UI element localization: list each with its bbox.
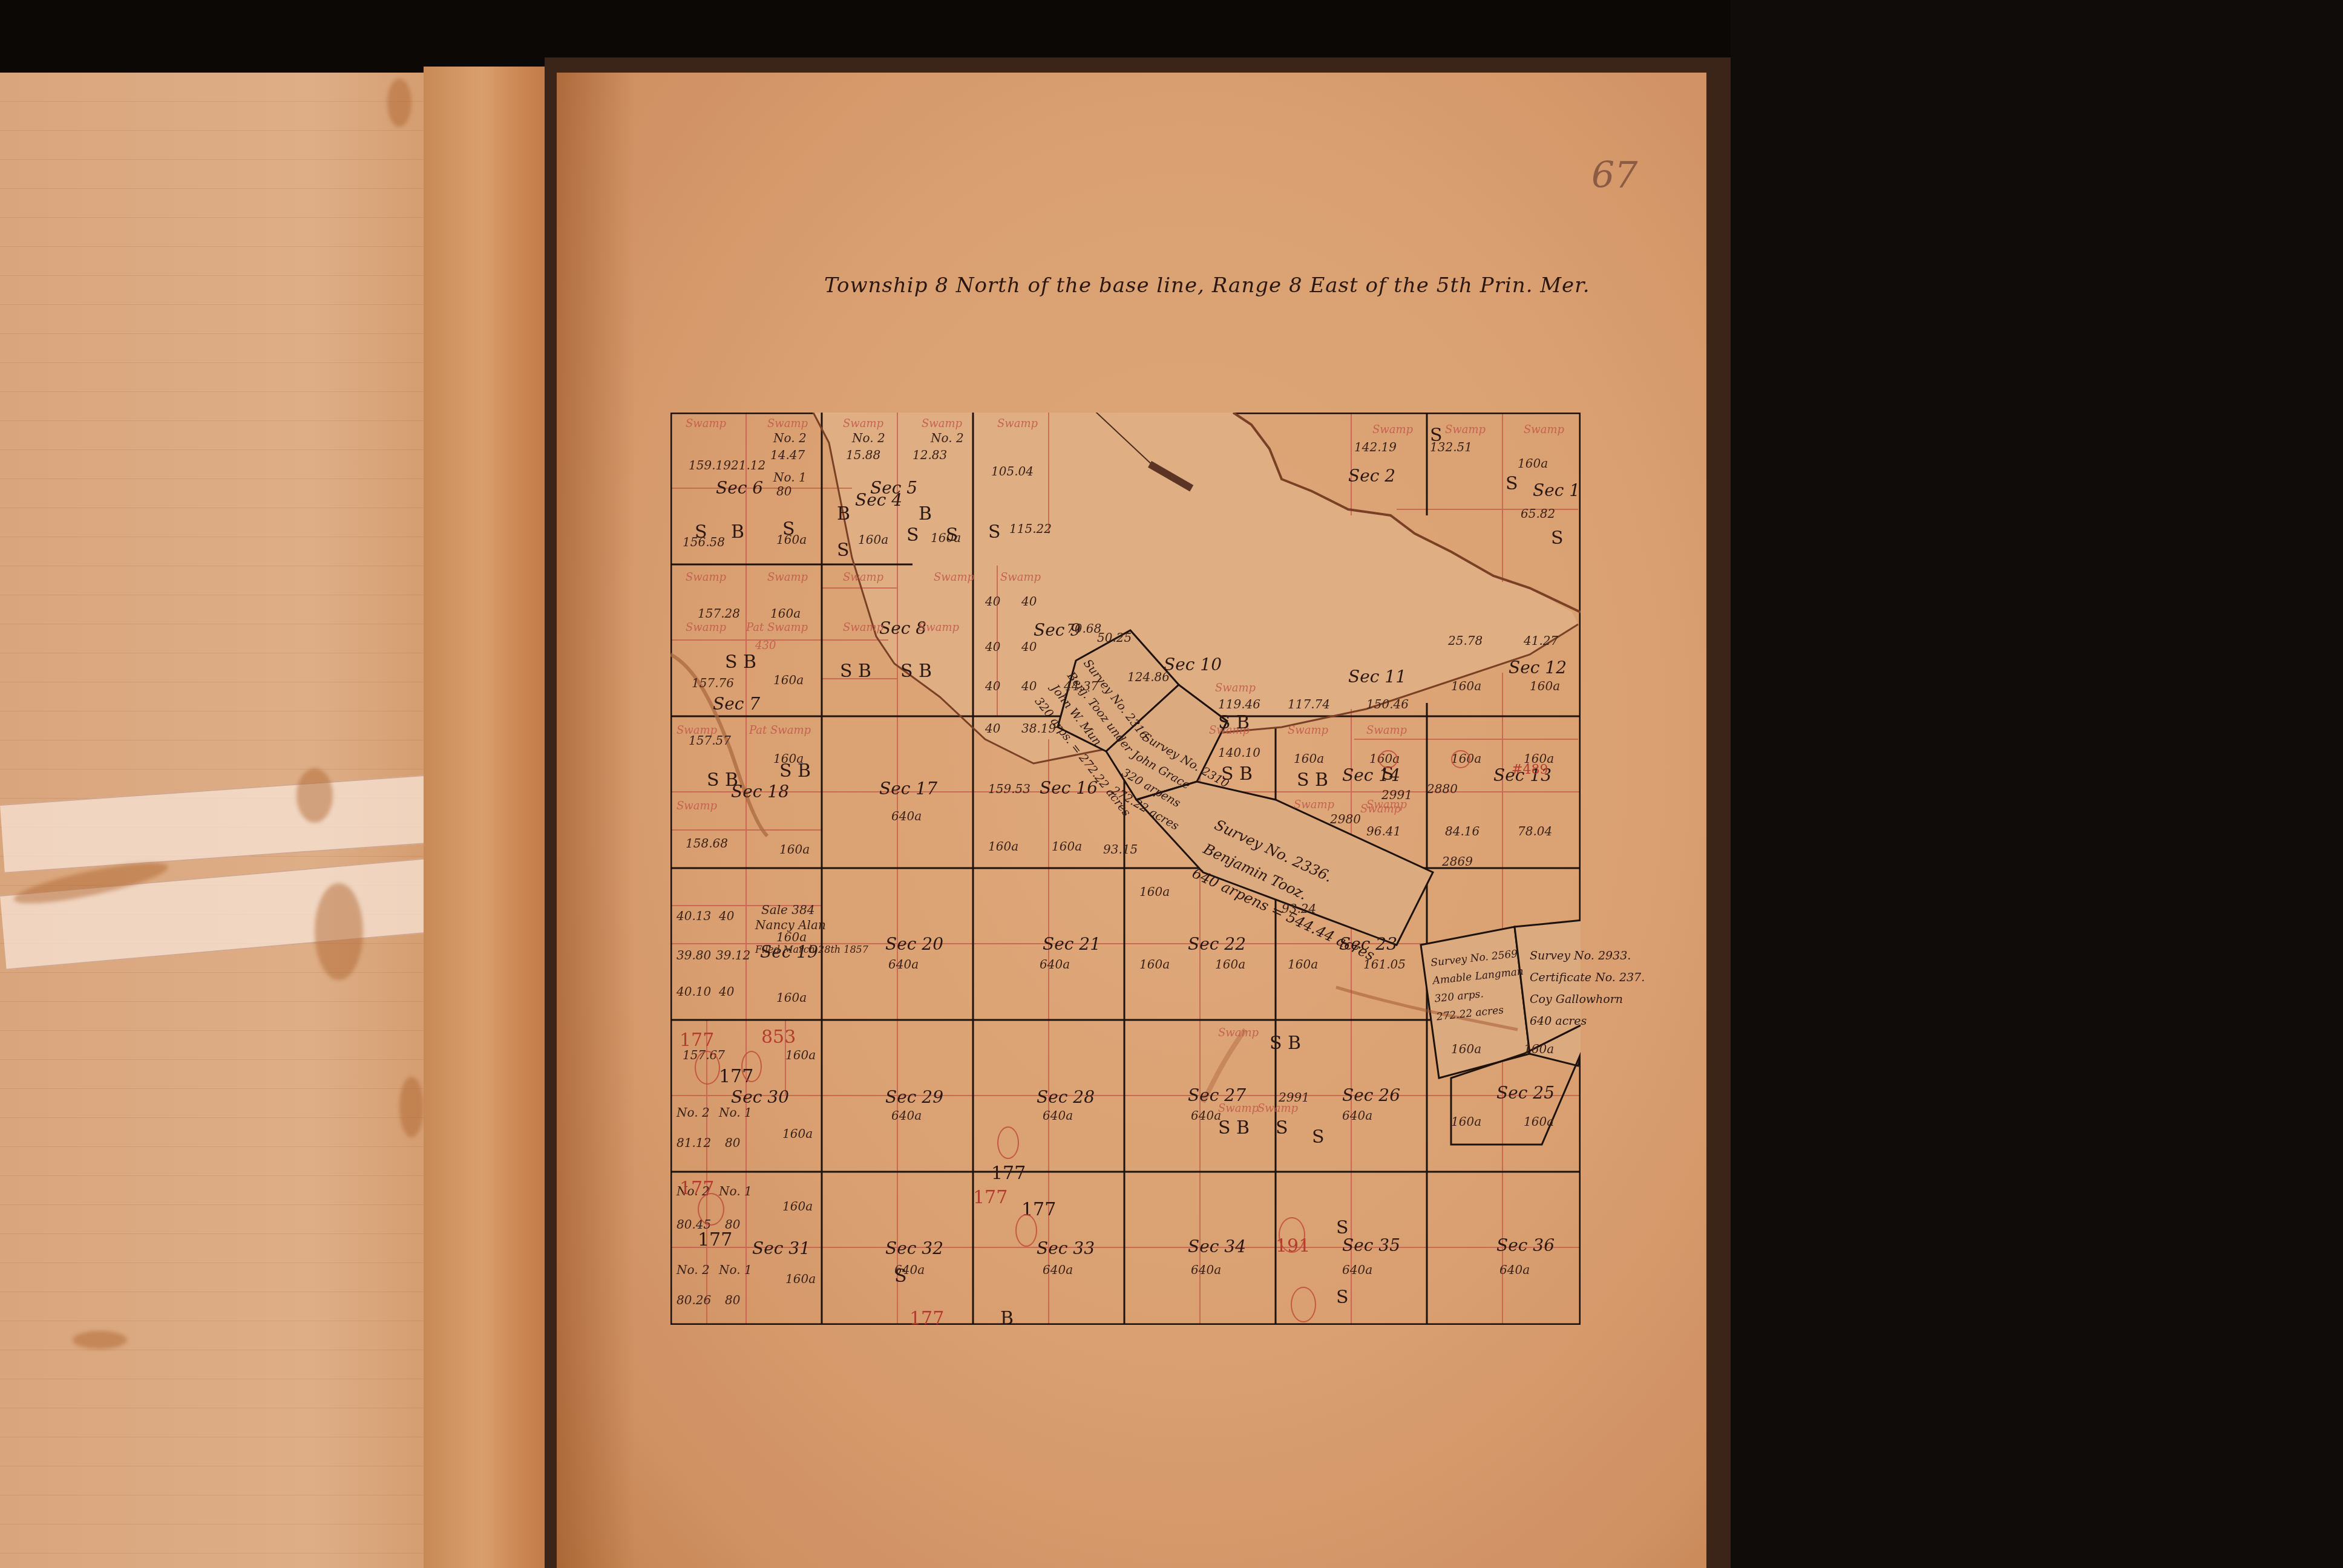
sale-note: Sale 384 [761, 903, 814, 917]
red-annotation-177: 177 [973, 1187, 1008, 1208]
section-label-29: Sec 29 [885, 1087, 943, 1107]
section-label-7: Sec 7 [713, 694, 760, 714]
swamp-label: Swamp [922, 417, 962, 430]
page-number: 67 [1591, 154, 1637, 197]
acreage-value: 160a [776, 990, 807, 1005]
s-mark: S [1336, 1287, 1349, 1308]
map-title: Township 8 North of the base line, Range… [824, 273, 1590, 298]
acreage-value: 65.82 [1521, 506, 1555, 521]
s-mark: S [1430, 425, 1443, 446]
acreage-value: No. 2 [677, 1263, 710, 1277]
acreage-value: 160a [1451, 1042, 1481, 1056]
acreage-value: 70.68 [1067, 621, 1101, 636]
swamp-label: Swamp [919, 621, 959, 634]
acreage-value: 150.46 [1366, 697, 1409, 711]
red-circle [1451, 750, 1470, 768]
acreage-value: 12.83 [913, 448, 947, 462]
section-label-36: Sec 36 [1496, 1235, 1555, 1255]
sb-mark: S B [1297, 769, 1328, 791]
red-circle [698, 1193, 724, 1226]
survey-2933-number: Survey No. 2933. [1530, 945, 1645, 967]
pat-swamp-label: Pat Swamp [746, 621, 808, 634]
red-circle [1015, 1214, 1037, 1247]
acreage-value: 115.22 [1009, 521, 1052, 536]
acreage-value: 160a [1518, 456, 1548, 471]
acreage-value: 40 [719, 909, 734, 923]
survey-2933-certificate: Certificate No. 237. [1530, 967, 1645, 988]
acreage-value: 160a [1215, 957, 1245, 972]
sb-mark: S B [725, 652, 756, 673]
swamp-label: Swamp [1218, 1027, 1259, 1039]
section-label-1: Sec 1 [1533, 480, 1580, 500]
red-circle [997, 1126, 1019, 1159]
swamp-label: Swamp [843, 417, 883, 430]
acreage-value: No. 1 [719, 1184, 752, 1198]
s-mark: S [695, 521, 707, 543]
acreage-value: No. 1 [719, 1105, 752, 1120]
section-label-28: Sec 28 [1037, 1087, 1095, 1107]
s-mark: S [1276, 1117, 1288, 1138]
section-label-22: Sec 22 [1188, 934, 1246, 954]
map-grid [670, 413, 1581, 1325]
acreage-value: 40 [985, 721, 1000, 736]
acreage-value: 160a [782, 1126, 813, 1141]
acreage-value: 40 [985, 594, 1000, 609]
stain [315, 883, 363, 980]
acreage-value: 40 [1021, 639, 1037, 654]
pat-swamp-label: Pat Swamp [749, 724, 811, 737]
acreage-value: 160a [782, 1199, 813, 1214]
swamp-label: Swamp [843, 571, 883, 584]
section-label-10: Sec 10 [1164, 655, 1222, 675]
stain [399, 1077, 424, 1137]
stain [387, 79, 411, 127]
swamp-label: Swamp [1360, 803, 1401, 815]
annotation-177: 177 [698, 1229, 732, 1250]
section-label-20: Sec 20 [885, 934, 943, 954]
s-mark: S [894, 1266, 907, 1287]
acreage-value: 160a [785, 1272, 816, 1286]
sb-mark: S B [900, 661, 932, 682]
section-label-30: Sec 30 [731, 1087, 789, 1107]
b-mark: B [731, 521, 744, 543]
annotation-2991: 2991 [1381, 788, 1412, 802]
acreage-value: 15.88 [846, 448, 880, 462]
annotation-177: 177 [991, 1163, 1026, 1184]
acreage-value: 160a [1052, 839, 1082, 854]
swamp-label: Swamp [1000, 571, 1041, 584]
acreage-value: 640a [888, 957, 919, 972]
acreage-value: 40 [1021, 679, 1037, 693]
section-label-31: Sec 31 [752, 1238, 810, 1258]
annotation-2991: 2991 [1279, 1090, 1309, 1105]
acreage-value: 160a [858, 532, 888, 547]
sb-mark: S B [707, 769, 738, 791]
s-mark: S [906, 524, 919, 546]
sb-mark: S B [779, 760, 811, 782]
stain [297, 768, 333, 823]
background-dark [1731, 0, 2343, 1568]
acreage-value: No. 1 [773, 470, 807, 485]
b-mark: B [837, 503, 850, 524]
section-label-25: Sec 25 [1496, 1083, 1555, 1103]
red-annotation-177: 177 [909, 1308, 944, 1329]
s-mark: S [1336, 1217, 1349, 1238]
acreage-value: 40.13 [677, 909, 711, 923]
swamp-label: Swamp [843, 621, 883, 634]
acreage-value: 160a [779, 842, 810, 857]
swamp-label: Swamp [686, 621, 726, 634]
acreage-value: 41.27 [1524, 633, 1558, 648]
section-label-21: Sec 21 [1043, 934, 1101, 954]
acreage-value: 160a [1451, 679, 1481, 693]
acreage-value: 39.80 [677, 948, 711, 962]
swamp-label: Swamp [997, 417, 1038, 430]
acreage-value: 160a [770, 606, 801, 621]
acreage-value: 640a [1043, 1108, 1073, 1123]
acreage-value: 140.10 [1218, 745, 1260, 760]
red-annotation-489: #489 [1512, 762, 1548, 777]
acreage-value: 160a [1139, 957, 1170, 972]
acreage-value: 124.86 [1127, 670, 1170, 684]
acreage-value: 93.15 [1103, 842, 1138, 857]
acreage-value: 160a [1530, 679, 1560, 693]
s-mark: S [782, 518, 795, 540]
section-label-18: Sec 18 [731, 782, 789, 802]
s-mark: S [1506, 473, 1518, 494]
red-circle [1291, 1287, 1316, 1322]
red-annotation-853: 853 [761, 1027, 796, 1048]
s-mark: S [1312, 1126, 1325, 1148]
red-circle [741, 1051, 762, 1082]
swamp-label: Swamp [1366, 724, 1407, 737]
acreage-value: 21.12 [731, 458, 765, 472]
section-label-12: Sec 12 [1509, 658, 1567, 678]
red-circle [1279, 1217, 1305, 1253]
township-plat-map: Sec 6 Sec 5 Sec 4 Sec 2 Sec 1 Sec 7 Sec … [670, 413, 1581, 1325]
acreage-value: 640a [891, 809, 922, 823]
acreage-value: 640a [1043, 1263, 1073, 1277]
red-circle [695, 1051, 720, 1085]
acreage-value: 160a [988, 839, 1018, 854]
b-mark: B [1000, 1308, 1014, 1329]
s-mark: S [1551, 528, 1564, 549]
annotation-2869: 2869 [1442, 854, 1473, 869]
section-label-4: Sec 4 [855, 490, 902, 510]
acreage-value: 14.47 [770, 448, 805, 462]
survey-2569: Survey No. 2569 Amable Langman 320 arps.… [1430, 944, 1528, 1026]
annotation-2980: 2980 [1330, 812, 1361, 826]
swamp-label: Swamp [767, 571, 808, 584]
swamp-label: Swamp [1218, 1102, 1259, 1115]
acreage-value: 105.04 [991, 464, 1034, 479]
section-label-11: Sec 11 [1348, 667, 1406, 687]
swamp-label: Swamp [677, 800, 717, 812]
acreage-value: 160a [1294, 751, 1324, 766]
sb-mark: S B [1218, 712, 1250, 733]
sale-acres: 160a [776, 930, 807, 944]
section-label-33: Sec 33 [1037, 1238, 1095, 1258]
sb-mark: S B [1218, 1117, 1250, 1138]
acreage-value: 142.19 [1354, 440, 1397, 454]
acreage-value: 160a [1451, 1114, 1481, 1129]
section-label-17: Sec 17 [879, 779, 937, 799]
swamp-label: Swamp [1215, 682, 1256, 694]
acreage-value: 157.28 [698, 606, 740, 621]
swamp-label: Swamp [1524, 423, 1564, 436]
acreage-value: 160a [773, 673, 804, 687]
acreage-value: 25.78 [1448, 633, 1483, 648]
s-mark: S [988, 521, 1001, 543]
acreage-value: 81.12 [677, 1135, 711, 1150]
acreage-value: 80.26 [677, 1293, 711, 1307]
section-label-34: Sec 34 [1188, 1236, 1246, 1256]
acreage-value: 158.68 [686, 836, 728, 851]
acreage-value: 80 [725, 1293, 740, 1307]
acreage-value: 157.57 [689, 733, 731, 748]
gutter-shadow [557, 73, 635, 1568]
red-annotation-177: 177 [680, 1030, 714, 1051]
acreage-value: 160a [1139, 884, 1170, 899]
acreage-value: 157.76 [692, 676, 734, 690]
b-mark: B [919, 503, 932, 524]
section-label-32: Sec 32 [885, 1238, 943, 1258]
swamp-label: Swamp [1288, 724, 1328, 737]
swamp-label: Swamp [934, 571, 974, 584]
section-label-6: Sec 6 [716, 478, 763, 498]
acreage-value: No. 1 [719, 1263, 752, 1277]
acreage-value: 80 [776, 484, 791, 498]
s-mark: S [837, 540, 850, 561]
acreage-value: 640a [1342, 1263, 1372, 1277]
swamp-label: Swamp [767, 417, 808, 430]
acreage-value: 640a [1040, 957, 1070, 972]
sb-mark: S B [840, 661, 871, 682]
acreage-value: 640a [1342, 1108, 1372, 1123]
acreage-value: 159.53 [988, 782, 1031, 796]
acreage-value: 160a [1524, 1042, 1554, 1056]
acreage-value: 640a [1191, 1263, 1221, 1277]
section-label-2: Sec 2 [1348, 466, 1395, 486]
acreage-value: No. 2 [852, 431, 885, 445]
swamp-label: Swamp [1445, 423, 1486, 436]
acreage-value: 2880 [1427, 782, 1458, 796]
s-mark: S [946, 524, 958, 546]
acreage-value: 39.12 [716, 948, 750, 962]
acreage-value: 640a [1191, 1108, 1221, 1123]
acreage-value: 160a [785, 1048, 816, 1062]
acreage-value: 160a [1524, 1114, 1554, 1129]
acreage-value: 159.19 [689, 458, 731, 472]
swamp-label: Swamp [1372, 423, 1413, 436]
swamp-label: Swamp [686, 571, 726, 584]
acreage-value: 640a [1499, 1263, 1530, 1277]
survey-2933-name: Coy Gallowhorn [1530, 988, 1645, 1010]
acreage-value: No. 2 [773, 431, 807, 445]
acreage-value: 40 [985, 639, 1000, 654]
acreage-value: 84.16 [1445, 824, 1480, 838]
acreage-value: No. 2 [931, 431, 964, 445]
acreage-value: 40.10 [677, 984, 711, 999]
swamp-label: Swamp [1294, 799, 1334, 811]
sb-mark: S B [1270, 1033, 1301, 1054]
acreage-value: 40 [1021, 594, 1037, 609]
section-label-26: Sec 26 [1342, 1085, 1400, 1105]
acreage-value: 40 [719, 984, 734, 999]
annotation-430: 430 [755, 639, 776, 652]
sale-date: Filed March 28th 1857 [755, 944, 868, 955]
acreage-value: 160a [1288, 957, 1318, 972]
red-circle [1378, 750, 1398, 768]
acreage-value: 40 [985, 679, 1000, 693]
acreage-value: 96.41 [1366, 824, 1401, 838]
acreage-value: 50.25 [1097, 630, 1132, 645]
acreage-value: 119.46 [1218, 697, 1260, 711]
stain [73, 1331, 127, 1349]
swamp-label: Swamp [686, 417, 726, 430]
acreage-value: 78.04 [1518, 824, 1552, 838]
survey-2933: Survey No. 2933. Certificate No. 237. Co… [1530, 945, 1645, 1032]
acreage-value: 80 [725, 1135, 740, 1150]
section-label-35: Sec 35 [1342, 1235, 1400, 1255]
acreage-value: 640a [891, 1108, 922, 1123]
acreage-value: No. 2 [677, 1105, 710, 1120]
survey-2933-acres: 640 acres [1530, 1010, 1645, 1032]
acreage-value: 117.74 [1288, 697, 1330, 711]
